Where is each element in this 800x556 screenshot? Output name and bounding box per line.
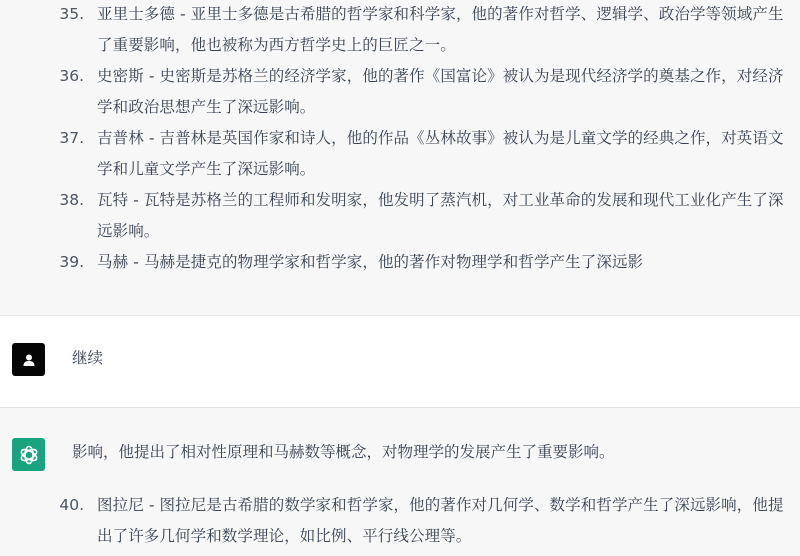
list-item: 40. 图拉尼 - 图拉尼是古希腊的数学家和哲学家，他的著作对几何学、数学和哲学…: [0, 490, 800, 552]
list-item: 36. 史密斯 - 史密斯是苏格兰的经济学家，他的著作《国富论》被认为是现代经济…: [0, 61, 800, 123]
list-item: 35. 亚里士多德 - 亚里士多德是古希腊的哲学家和科学家，他的著作对哲学、逻辑…: [0, 0, 800, 61]
user-message-text: 继续: [72, 343, 103, 374]
list-number: 36.: [40, 61, 84, 92]
list-number: 35.: [40, 0, 84, 30]
list-text: 吉普林 - 吉普林是英国作家和诗人，他的作品《丛林故事》被认为是儿童文学的经典之…: [97, 123, 790, 185]
user-message: 继续: [0, 315, 800, 408]
list-text: 马赫 - 马赫是捷克的物理学家和哲学家，他的著作对物理学和哲学产生了深远影: [97, 247, 790, 278]
list-text: 亚里士多德 - 亚里士多德是古希腊的哲学家和科学家，他的著作对哲学、逻辑学、政治…: [97, 0, 790, 61]
assistant-message-1: 35. 亚里士多德 - 亚里士多德是古希腊的哲学家和科学家，他的著作对哲学、逻辑…: [0, 0, 800, 315]
list-number: 37.: [40, 123, 84, 154]
list-number: 40.: [40, 490, 84, 521]
assistant-message-2: 影响，他提出了相对性原理和马赫数等概念，对物理学的发展产生了重要影响。 40. …: [0, 408, 800, 556]
assistant-continuation-text: 影响，他提出了相对性原理和马赫数等概念，对物理学的发展产生了重要影响。: [72, 437, 615, 468]
list-number: 39.: [40, 247, 84, 278]
user-avatar: [12, 343, 45, 376]
list-text: 史密斯 - 史密斯是苏格兰的经济学家，他的著作《国富论》被认为是现代经济学的奠基…: [97, 61, 790, 123]
list-number: 38.: [40, 185, 84, 216]
assistant-avatar: [12, 438, 45, 471]
list-item: 38. 瓦特 - 瓦特是苏格兰的工程师和发明家，他发明了蒸汽机，对工业革命的发展…: [0, 185, 800, 247]
openai-logo-icon: [17, 443, 41, 467]
user-icon: [22, 353, 36, 367]
numbered-list: 40. 图拉尼 - 图拉尼是古希腊的数学家和哲学家，他的著作对几何学、数学和哲学…: [0, 490, 800, 552]
list-text: 图拉尼 - 图拉尼是古希腊的数学家和哲学家，他的著作对几何学、数学和哲学产生了深…: [97, 490, 790, 552]
list-item: 37. 吉普林 - 吉普林是英国作家和诗人，他的作品《丛林故事》被认为是儿童文学…: [0, 123, 800, 185]
list-text: 瓦特 - 瓦特是苏格兰的工程师和发明家，他发明了蒸汽机，对工业革命的发展和现代工…: [97, 185, 790, 247]
list-item: 39. 马赫 - 马赫是捷克的物理学家和哲学家，他的著作对物理学和哲学产生了深远…: [0, 247, 800, 278]
numbered-list: 35. 亚里士多德 - 亚里士多德是古希腊的哲学家和科学家，他的著作对哲学、逻辑…: [0, 0, 800, 278]
